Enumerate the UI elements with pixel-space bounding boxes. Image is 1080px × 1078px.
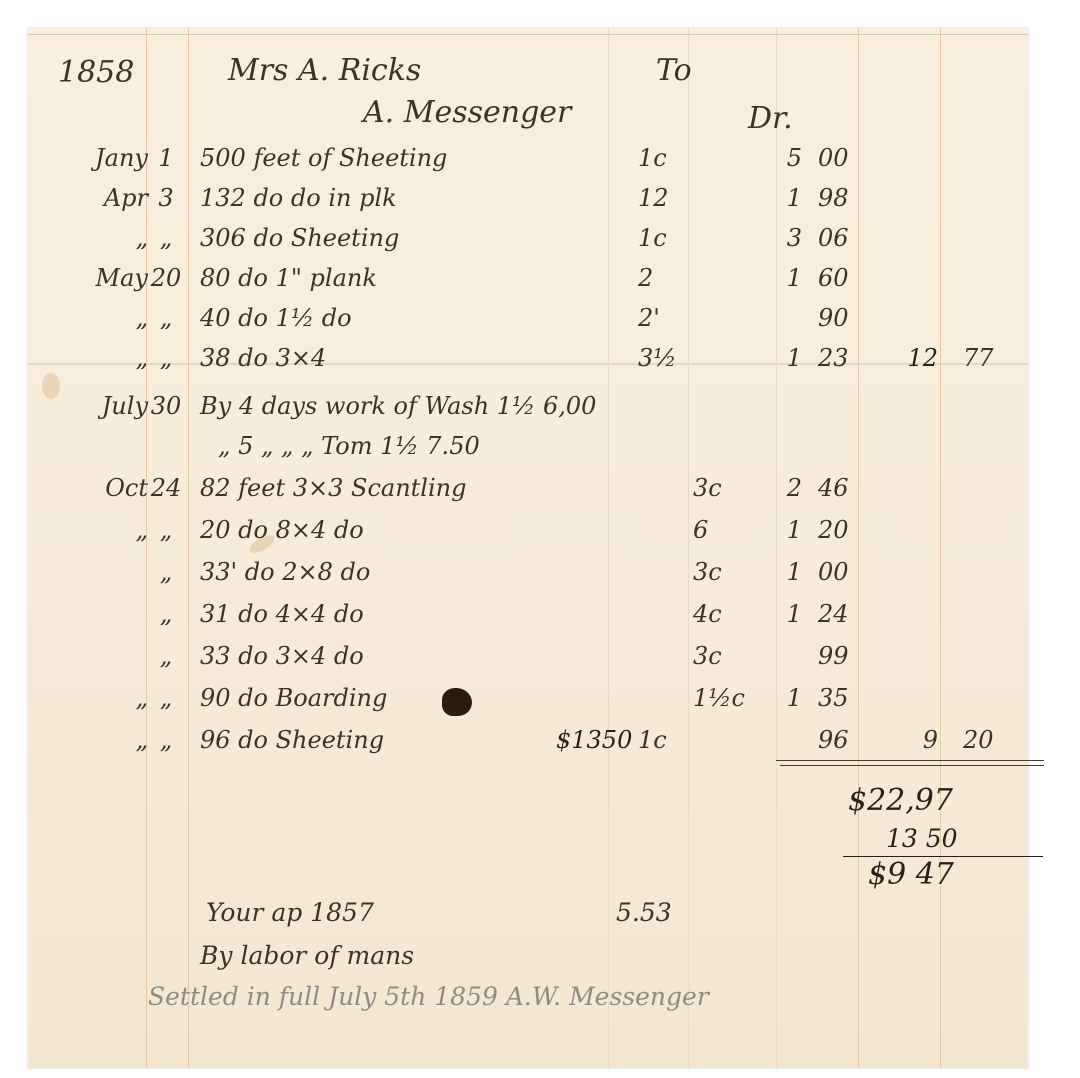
note-line-2: By labor of mans [200, 943, 414, 968]
ledger-row: „ 5 „ „ „ Tom 1½ 7.50 [28, 428, 1028, 468]
note-line-1: Your ap 1857 [206, 900, 374, 925]
ledger-row: „ 31 do 4×4 do 4c 1 24 [28, 596, 1028, 636]
ink-blot [442, 688, 472, 716]
ledger-row: May 20 80 do 1" plank 2 1 60 [28, 260, 1028, 300]
ledger-paper: 1858 Mrs A. Ricks To A. Messenger Dr. Ja… [28, 28, 1028, 1068]
merchant-name: A. Messenger [363, 98, 571, 128]
subtotal-dollars: 9 [898, 728, 938, 752]
ledger-row: „ „ 40 do 1½ do 2' 90 [28, 300, 1028, 340]
ledger-row: Oct 24 82 feet 3×3 Scantling 3c 2 46 [28, 470, 1028, 510]
ledger-row: Apr 3 132 do do in plk 12 1 98 [28, 180, 1028, 220]
ledger-row: „ 33' do 2×8 do 3c 1 00 [28, 554, 1028, 594]
gross-total: $22,97 [848, 786, 953, 816]
credit-amount: 13 50 [886, 826, 958, 851]
ledger-row: „ „ 38 do 3×4 3½ 1 23 12 77 [28, 340, 1028, 380]
top-rule [28, 34, 1028, 35]
ledger-row: „ „ 90 do Boarding 1½c 1 35 [28, 680, 1028, 720]
settlement-note: Settled in full July 5th 1859 A.W. Messe… [148, 984, 709, 1009]
year: 1858 [58, 58, 134, 88]
ledger-row: „ „ 306 do Sheeting 1c 3 06 [28, 220, 1028, 260]
to-label: To [656, 56, 692, 86]
debit-label: Dr. [748, 104, 793, 134]
subtotal-dollars: 12 [898, 346, 938, 370]
total-rule [776, 760, 1044, 761]
customer-name: Mrs A. Ricks [228, 56, 421, 86]
ledger-row: „ 33 do 3×4 do 3c 99 [28, 638, 1028, 678]
subtotal-cents: 20 [963, 728, 994, 752]
ledger-row: Jany 1 500 feet of Sheeting 1c 5 00 [28, 140, 1028, 180]
ledger-row: „ „ 96 do Sheeting $1350 1c 96 9 20 [28, 722, 1028, 762]
total-rule [780, 765, 1044, 766]
note-amount: 5.53 [616, 900, 672, 925]
ledger-row: „ „ 20 do 8×4 do 6 1 20 [28, 512, 1028, 552]
balance-due: $9 47 [868, 860, 954, 890]
ledger-row: July 30 By 4 days work of Wash 1½ 6,00 [28, 388, 1028, 428]
subtotal-cents: 77 [963, 346, 994, 370]
credit-note: $1350 [556, 728, 632, 752]
